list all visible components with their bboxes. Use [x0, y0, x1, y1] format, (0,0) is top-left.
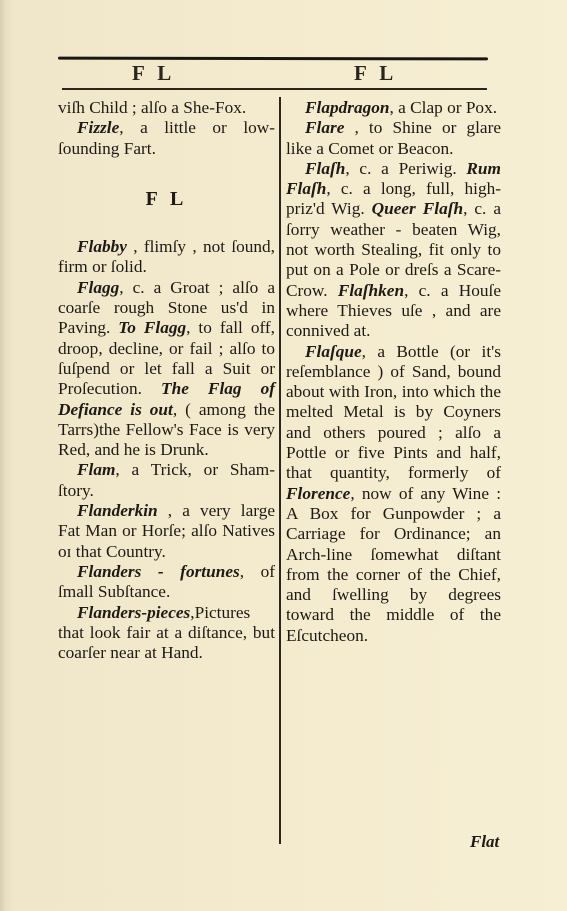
phrase: Florence	[286, 484, 350, 503]
entry-flanders-pieces: Flanders-pieces,Pictures that look fair …	[58, 603, 275, 664]
headword: Flaſque	[305, 342, 362, 361]
catchword: Flat	[470, 832, 499, 852]
entry-flapdragon: Flapdragon, a Clap or Pox.	[286, 98, 501, 118]
running-head-right: F L	[354, 61, 397, 86]
entry-flabby: Flabby , flimſy , not ſound, firm or ſol…	[58, 237, 275, 278]
headword: Flam	[77, 460, 115, 479]
entry-flagg: Flagg, c. a Groat ; alſo a coarſe rough …	[58, 278, 275, 461]
continuation-text: viſh Child ; alſo a She-Fox.	[58, 98, 275, 118]
phrase: Flaſhken	[338, 281, 404, 300]
book-page: F L F L viſh Child ; alſo a She-Fox. Fiz…	[0, 0, 567, 911]
definition: , c. a Periwig.	[345, 159, 466, 178]
entry-flanderkin: Flanderkin , a very large Fat Man or Hor…	[58, 501, 275, 562]
entry-flam: Flam, a Trick, or Sham-ſtory.	[58, 460, 275, 501]
entry-fizzle: Fizzle, a little or low-ſounding Fart.	[58, 118, 275, 159]
headword: Flanderkin	[77, 501, 158, 520]
right-column: Flapdragon, a Clap or Pox. Flare , to Sh…	[286, 98, 501, 646]
headword: Flare	[305, 118, 344, 137]
definition: , now of any Wine : A Box for Gunpowder …	[286, 484, 501, 645]
headword: Flanders-pieces	[77, 603, 190, 622]
section-heading: F L	[58, 189, 275, 209]
definition: , a Clap or Pox.	[390, 98, 498, 117]
headword: Flagg	[77, 278, 119, 297]
entry-flanders-fortunes: Flanders - fortunes, of ſmall Subſtance.	[58, 562, 275, 603]
top-rule	[58, 57, 488, 61]
headword: Fizzle	[77, 118, 119, 137]
entry-flash: Flaſh, c. a Periwig. Rum Flaſh, c. a lon…	[286, 159, 501, 342]
headword: Flabby	[77, 237, 127, 256]
phrase: To Flagg	[118, 318, 186, 337]
entry-flare: Flare , to Shine or glare like a Comet o…	[286, 118, 501, 159]
phrase: Queer Flaſh	[372, 199, 463, 218]
definition: , a Bottle (or it's reſemblance ) of San…	[286, 342, 501, 483]
entry-flasque: Flaſque, a Bottle (or it's reſemblance )…	[286, 342, 501, 646]
headword: Flanders - fortunes	[77, 562, 240, 581]
header-rule	[62, 88, 487, 90]
running-head-left: F L	[132, 61, 175, 86]
column-divider	[279, 97, 281, 844]
headword: Flaſh	[305, 159, 345, 178]
headword: Flapdragon	[305, 98, 390, 117]
left-column: viſh Child ; alſo a She-Fox. Fizzle, a l…	[58, 98, 275, 663]
